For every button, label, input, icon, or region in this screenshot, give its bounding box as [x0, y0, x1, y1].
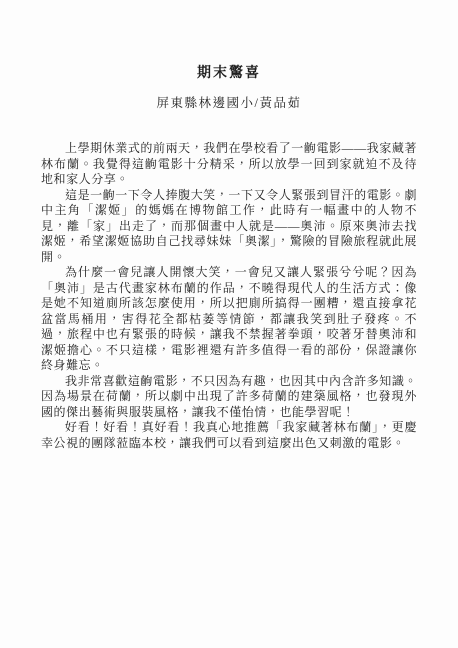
essay-paragraph: 好看！好看！真好看！我真心地推薦「我家藏著林布蘭」，更慶幸公視的團隊蒞臨本校，讓…: [41, 420, 417, 451]
essay-paragraph: 為什麼一會兒讓人開懷大笑，一會兒又讓人緊張兮兮呢？因為「奧沛」是古代畫家林布蘭的…: [41, 265, 417, 374]
document-title: 期末驚喜: [0, 0, 458, 82]
document-byline: 屏東縣林邊國小/黃品茹: [0, 93, 458, 111]
document-page: 期末驚喜 屏東縣林邊國小/黃品茹 上學期休業式的前兩天，我們在學校看了一齣電影—…: [0, 0, 458, 648]
essay-paragraph: 上學期休業式的前兩天，我們在學校看了一齣電影——我家藏著林布蘭。我覺得這齣電影十…: [41, 141, 417, 188]
essay-paragraph: 這是一齣一下令人捧腹大笑，一下又令人緊張到冒汗的電影。劇中主角「潔姬」的媽媽在博…: [41, 188, 417, 266]
essay-paragraph: 我非常喜歡這齣電影，不只因為有趣，也因其中內含許多知識。因為場景在荷蘭，所以劇中…: [41, 374, 417, 421]
document-body: 上學期休業式的前兩天，我們在學校看了一齣電影——我家藏著林布蘭。我覺得這齣電影十…: [41, 141, 417, 451]
